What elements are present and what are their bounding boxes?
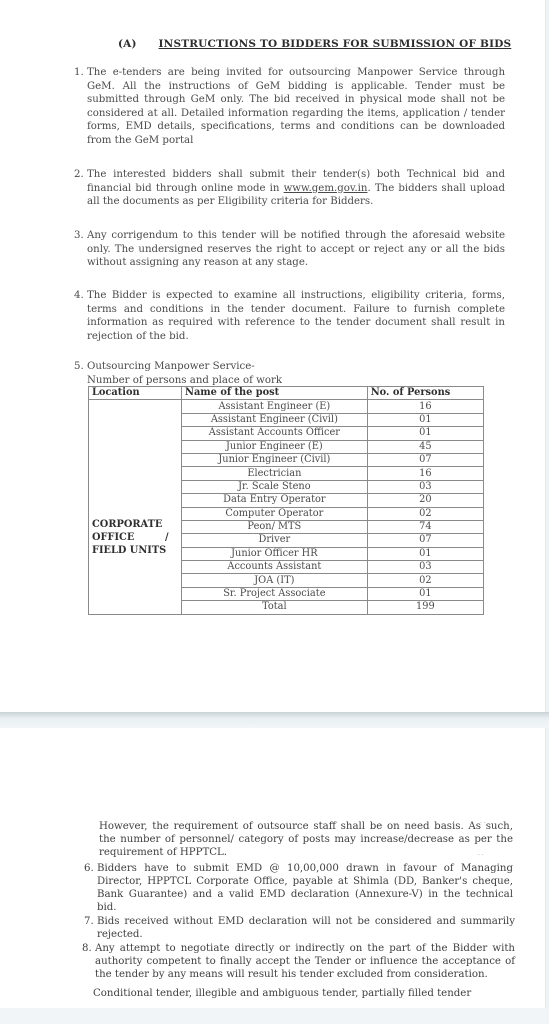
instruction-item-4: 4. The Bidder is expected to examine all… bbox=[87, 289, 505, 343]
instruction-item-1: 1. The e-tenders are being invited for o… bbox=[87, 66, 505, 148]
post-name-cell: Data Entry Operator bbox=[182, 494, 368, 507]
section-title: INSTRUCTIONS TO BIDDERS FOR SUBMISSION O… bbox=[159, 38, 512, 50]
item-number: 4. bbox=[74, 289, 84, 303]
post-name-cell: Junior Engineer (Civil) bbox=[182, 453, 368, 466]
instruction-item-3: 3. Any corrigendum to this tender will b… bbox=[87, 229, 505, 270]
post-name-cell: Assistant Accounts Officer bbox=[182, 427, 368, 440]
item-text: Outsourcing Manpower Service- bbox=[87, 361, 255, 372]
item-text: The Bidder is expected to examine all in… bbox=[87, 290, 505, 342]
persons-count-cell: 02 bbox=[367, 574, 483, 587]
post-name-cell: Total bbox=[182, 601, 368, 614]
item-text: Conditional tender, illegible and ambigu… bbox=[93, 988, 471, 999]
persons-count-cell: 01 bbox=[367, 547, 483, 560]
persons-count-cell: 74 bbox=[367, 520, 483, 533]
location-cell: CORPORATEOFFICE /FIELD UNITS bbox=[89, 400, 182, 614]
instruction-item-8: 8. Any attempt to negotiate directly or … bbox=[95, 942, 515, 981]
continuation-paragraph: However, the requirement of outsource st… bbox=[99, 820, 513, 859]
instruction-item-9: 9. Conditional tender, illegible and amb… bbox=[93, 987, 515, 1007]
persons-count-cell: 16 bbox=[367, 400, 483, 413]
item-number: 1. bbox=[74, 66, 84, 80]
document-page-2: · · · · However, the requirement of outs… bbox=[0, 728, 546, 1008]
document-page-1: (A) INSTRUCTIONS TO BIDDERS FOR SUBMISSI… bbox=[0, 0, 546, 712]
item-number: 2. bbox=[74, 168, 84, 182]
persons-count-cell: 01 bbox=[367, 427, 483, 440]
item-number: 6. bbox=[84, 862, 94, 875]
post-name-cell: JOA (IT) bbox=[182, 574, 368, 587]
persons-count-cell: 20 bbox=[367, 494, 483, 507]
persons-count-cell: 07 bbox=[367, 453, 483, 466]
item-number: 7. bbox=[84, 915, 94, 928]
instruction-item-6: 6. Bidders have to submit EMD @ 10,00,00… bbox=[97, 862, 513, 914]
post-name-cell: Sr. Project Associate bbox=[182, 587, 368, 600]
page-separator bbox=[0, 712, 549, 728]
persons-count-cell: 07 bbox=[367, 534, 483, 547]
section-heading: (A) INSTRUCTIONS TO BIDDERS FOR SUBMISSI… bbox=[118, 38, 511, 50]
post-name-cell: Assistant Engineer (E) bbox=[182, 400, 368, 413]
item-text: Bids received without EMD declaration wi… bbox=[97, 916, 515, 940]
column-header-post: Name of the post bbox=[182, 387, 368, 400]
location-line: CORPORATE bbox=[92, 518, 178, 531]
instruction-item-5: 5. Outsourcing Manpower Service- Number … bbox=[87, 360, 505, 387]
item-number: 3. bbox=[74, 229, 84, 243]
gem-portal-link[interactable]: www.gem.gov.in bbox=[284, 183, 368, 194]
post-name-cell: Computer Operator bbox=[182, 507, 368, 520]
table-header-row: Location Name of the post No. of Persons bbox=[89, 387, 484, 400]
persons-count-cell: 01 bbox=[367, 587, 483, 600]
item-number: 8. bbox=[82, 942, 92, 955]
persons-count-cell: 01 bbox=[367, 413, 483, 426]
persons-count-cell: 03 bbox=[367, 561, 483, 574]
item-number: 5. bbox=[74, 360, 84, 374]
location-line: OFFICE / bbox=[92, 531, 178, 544]
post-name-cell: Jr. Scale Steno bbox=[182, 480, 368, 493]
post-name-cell: Accounts Assistant bbox=[182, 561, 368, 574]
location-line: FIELD UNITS bbox=[92, 544, 178, 557]
table-row: CORPORATEOFFICE /FIELD UNITSAssistant En… bbox=[89, 400, 484, 413]
item-text: Any attempt to negotiate directly or ind… bbox=[95, 943, 515, 980]
instruction-item-2: 2. The interested bidders shall submit t… bbox=[87, 168, 505, 209]
post-name-cell: Electrician bbox=[182, 467, 368, 480]
item-text: Bidders have to submit EMD @ 10,00,000 d… bbox=[97, 863, 513, 913]
persons-count-cell: 03 bbox=[367, 480, 483, 493]
continuation-text: However, the requirement of outsource st… bbox=[99, 821, 513, 858]
section-tag: (A) bbox=[118, 38, 137, 50]
post-name-cell: Assistant Engineer (Civil) bbox=[182, 413, 368, 426]
post-name-cell: Junior Officer HR bbox=[182, 547, 368, 560]
table-body: CORPORATEOFFICE /FIELD UNITSAssistant En… bbox=[89, 400, 484, 614]
persons-count-cell: 199 bbox=[367, 601, 483, 614]
post-name-cell: Driver bbox=[182, 534, 368, 547]
manpower-table: Location Name of the post No. of Persons… bbox=[88, 386, 484, 615]
persons-count-cell: 02 bbox=[367, 507, 483, 520]
instruction-item-7: 7. Bids received without EMD declaration… bbox=[97, 915, 515, 941]
column-header-persons: No. of Persons bbox=[367, 387, 483, 400]
item-subtext: Number of persons and place of work bbox=[87, 375, 282, 386]
column-header-location: Location bbox=[89, 387, 182, 400]
post-name-cell: Peon/ MTS bbox=[182, 520, 368, 533]
persons-count-cell: 16 bbox=[367, 467, 483, 480]
item-text: Any corrigendum to this tender will be n… bbox=[87, 230, 505, 268]
viewer-bottom-bar bbox=[0, 1008, 549, 1024]
persons-count-cell: 45 bbox=[367, 440, 483, 453]
item-text: The e-tenders are being invited for outs… bbox=[87, 67, 505, 146]
post-name-cell: Junior Engineer (E) bbox=[182, 440, 368, 453]
